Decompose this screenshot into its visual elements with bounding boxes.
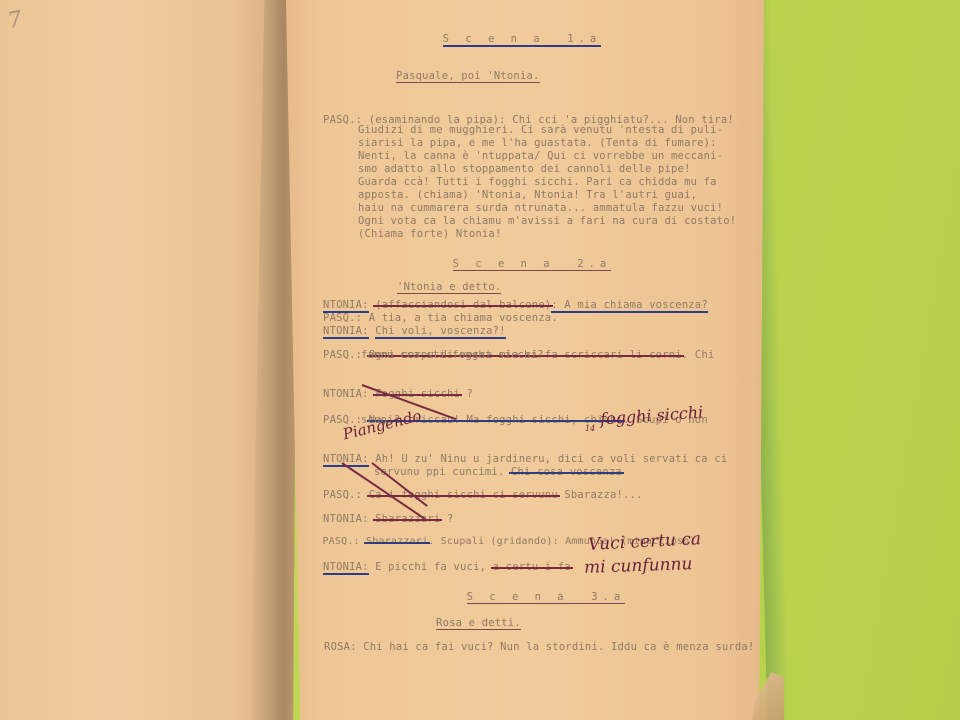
script-line: fannu cca sti fogghi sicchi? (361, 349, 544, 362)
script-line: Ogni vota ca la chiamu m'avissi a fari n… (358, 215, 736, 228)
script-line: PASQ.: Ca i fogghi sicchi ci servunu Sba… (310, 476, 643, 502)
script-line: NTONIA: E picchi fa vuci, a certu i fa (310, 548, 571, 574)
handwritten-caret-mark: 14 (585, 424, 595, 433)
speaker-label: PASQ.: (323, 349, 362, 361)
script-line: Giudizi di me mugghieri. Ci sarà venutu … (358, 124, 723, 137)
script-line: haiu na cummarera surda ntrunata... amma… (358, 202, 723, 215)
script-line: siarisi la pipa, e me l'ha guastata. (Te… (358, 137, 717, 150)
line-text: E picchi fa vuci, (375, 561, 486, 573)
handwritten-mi-cunfunnu: mi cunfunnu (584, 554, 693, 578)
line-text: : A mia chiama voscenza? (551, 299, 708, 313)
scene1-heading: S c e n a 1.a (443, 33, 602, 47)
speaker-label: NTONIA: (323, 388, 369, 400)
script-line: NTONIA: Chi voli, voscenza?! (310, 312, 506, 338)
script-line: Guarda ccà! Tutti i fogghi sicchi. Pari … (358, 176, 717, 189)
speaker-label: NTONIA: (323, 561, 369, 575)
line-text: Sbarazza!... (558, 489, 643, 501)
line-text: . Chi (682, 349, 715, 361)
struck-text: a certu i fa (493, 561, 571, 573)
script-line: smo adatto allo stoppamento dei cannoli … (358, 163, 691, 176)
scene1-characters: Pasquale, poi 'Ntonia. (396, 70, 539, 83)
speaker-label: PASQ.: (322, 536, 359, 547)
speaker-label: ROSA: (324, 641, 357, 653)
script-line: apposta. (chiama) 'Ntonia, Ntonia! Tra l… (358, 189, 697, 202)
script-line: Nenti, la canna è 'ntuppata/ Qui ci vorr… (358, 150, 723, 163)
script-line: ROSA: Chi hai ca fai vuci? Nun la stordi… (311, 628, 754, 654)
scene3-heading: S c e n a 3.a (467, 591, 626, 604)
script-line: (Chiama forte) Ntonia! (358, 228, 501, 241)
speaker-label: PASQ.: (323, 114, 362, 126)
line-text: Chi hai ca fai vuci? Nun la stordini. Id… (363, 641, 754, 653)
left-page (0, 0, 290, 720)
struck-text: Sbarazzari (366, 536, 428, 547)
